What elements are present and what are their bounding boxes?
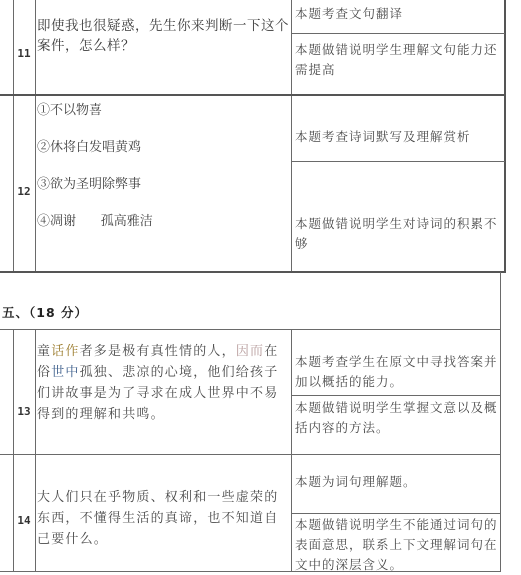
table-border	[13, 329, 14, 572]
table-border	[13, 0, 14, 273]
note-topic: 本题为词句理解题。	[295, 472, 501, 492]
note-error-analysis: 本题做错说明学生理解文句能力还需提高	[295, 40, 503, 80]
highlighted-text: 世中	[51, 365, 79, 380]
answer-item: ④凋谢 孤高雅洁	[37, 210, 291, 229]
row-divider	[0, 454, 501, 455]
table-border	[504, 0, 506, 273]
row-divider	[0, 329, 501, 330]
table-border	[35, 329, 36, 572]
row-divider	[0, 94, 506, 96]
question-text: 即使我也很疑惑，先生你来判断一下这个案件，怎么样？	[37, 16, 291, 56]
cell-divider	[291, 395, 501, 396]
note-topic: 本题考查诗词默写及理解赏析	[295, 127, 503, 147]
question-number: 13	[13, 405, 35, 418]
table-border	[35, 0, 36, 273]
answer-item: ③欲为圣明除弊事	[37, 173, 291, 192]
question-number: 11	[13, 47, 35, 60]
note-error-analysis: 本题做错说明学生对诗词的积累不够	[295, 214, 503, 254]
note-error-analysis: 本题做错说明学生掌握文意以及概括内容的方法。	[295, 398, 501, 438]
row-divider	[0, 271, 506, 273]
cell-divider	[291, 513, 501, 514]
question-text: 童话作者多是极有真性情的人，因而在俗世中孤独、悲凉的心境，他们给孩子们讲故事是为…	[37, 341, 291, 425]
table-border	[291, 329, 292, 572]
note-topic: 本题考查文句翻译	[295, 4, 503, 24]
question-text: 大人们只在乎物质、权利和一些虚荣的东西，不懂得生活的真谛，也不知道自己要什么。	[37, 487, 291, 550]
note-error-analysis: 本题做错说明学生不能通过词句的表面意思，联系上下文理解词句在文中的深层含义。	[295, 515, 501, 575]
table-border	[291, 0, 292, 273]
cell-divider	[291, 33, 505, 34]
answer-item: ①不以物喜	[37, 99, 291, 118]
cell-divider	[291, 161, 505, 162]
question-number: 12	[13, 185, 35, 198]
answer-item: ②休将白发唱黄鸡	[37, 136, 291, 155]
note-topic: 本题考查学生在原文中寻找答案并加以概括的能力。	[295, 352, 501, 392]
question-number: 14	[13, 514, 35, 527]
section-heading: 五、（18 分）	[2, 303, 88, 321]
text-run: 者多是极有真性情的人，	[80, 344, 236, 359]
highlighted-text: 因而	[236, 344, 264, 359]
note-topic-text: 本题考查文句翻译	[295, 6, 403, 21]
highlighted-text: 话作	[51, 344, 79, 359]
answer-list: ①不以物喜 ②休将白发唱黄鸡 ③欲为圣明除弊事 ④凋谢 孤高雅洁	[37, 97, 291, 229]
text-run: 童	[37, 344, 51, 359]
